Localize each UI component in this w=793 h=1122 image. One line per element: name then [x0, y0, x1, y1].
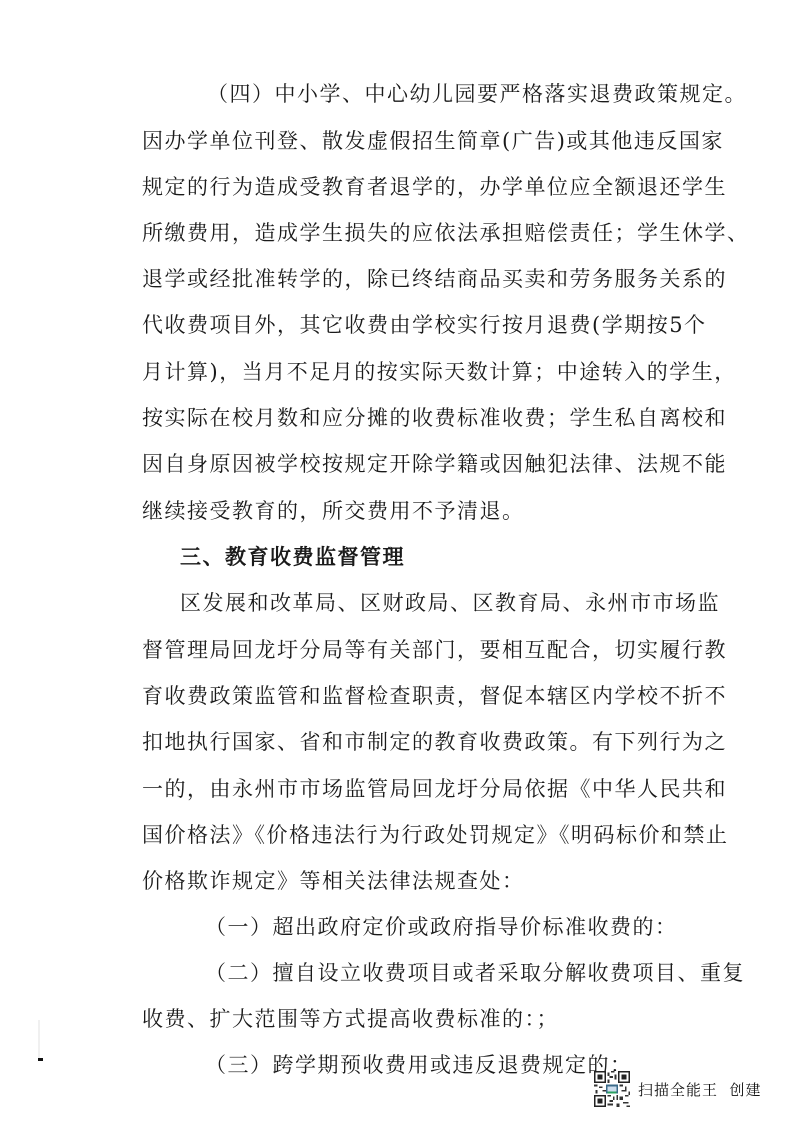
paragraph-line: 因自身原因被学校按规定开除学籍或因触犯法律、法规不能: [142, 450, 727, 478]
list-item: （一）超出政府定价或政府指导价标准收费的：: [205, 913, 678, 941]
paragraph-line: 区发展和改革局、区财政局、区教育局、永州市市场监: [180, 589, 720, 617]
paragraph-line: 所缴费用，造成学生损失的应依法承担赔偿责任；学生休学、: [142, 219, 750, 247]
paragraph-line: （四）中小学、中心幼儿园要严格落实退费政策规定。: [207, 80, 747, 108]
scan-artifact-line: [38, 1020, 40, 1060]
paragraph-line: 继续接受教育的，所交费用不予清退。: [142, 497, 525, 525]
section-heading: 三、教育收费监督管理: [180, 543, 405, 571]
paragraph-line: 价格欺诈规定》等相关法律法规查处：: [142, 867, 525, 895]
scanned-document-page: （四）中小学、中心幼儿园要严格落实退费政策规定。 因办学单位刊登、散发虚假招生简…: [0, 0, 793, 1122]
paragraph-line: 退学或经批准转学的，除已终结商品买卖和劳务服务关系的: [142, 265, 727, 293]
list-item: （三）跨学期预收费用或违反退费规定的：: [205, 1051, 633, 1079]
scan-artifact-mark: [38, 1058, 43, 1061]
paragraph-line: 按实际在校月数和应分摊的收费标准收费；学生私自离校和: [142, 404, 727, 432]
list-item-continuation: 收费、扩大范围等方式提高收费标准的：；: [142, 1005, 559, 1033]
paragraph-line: 国价格法》《价格违法行为行政处罚规定》《明码标价和禁止: [142, 821, 729, 849]
scanner-watermark-label: 扫描全能王 创建: [638, 1079, 762, 1100]
paragraph-line: 育收费政策监管和监督检查职责，督促本辖区内学校不折不: [142, 682, 727, 710]
qr-code-icon: [594, 1070, 630, 1108]
paragraph-line: 代收费项目外，其它收费由学校实行按月退费(学期按5个: [142, 311, 707, 339]
paragraph-line: 月计算)，当月不足月的按实际天数计算；中途转入的学生，: [142, 358, 737, 386]
scanner-watermark: 扫描全能王 创建: [594, 1070, 762, 1108]
paragraph-line: 扣地执行国家、省和市制定的教育收费政策。有下列行为之: [142, 728, 727, 756]
paragraph-line: 因办学单位刊登、散发虚假招生简章(广告)或其他违反国家: [142, 127, 724, 155]
paragraph-line: 督管理局回龙圩分局等有关部门，要相互配合，切实履行教: [142, 636, 727, 664]
list-item: （二）擅自设立收费项目或者采取分解收费项目、重复: [205, 959, 745, 987]
paragraph-line: 一的，由永州市市场监管局回龙圩分局依据《中华人民共和: [142, 775, 727, 803]
paragraph-line: 规定的行为造成受教育者退学的，办学单位应全额退还学生: [142, 173, 727, 201]
